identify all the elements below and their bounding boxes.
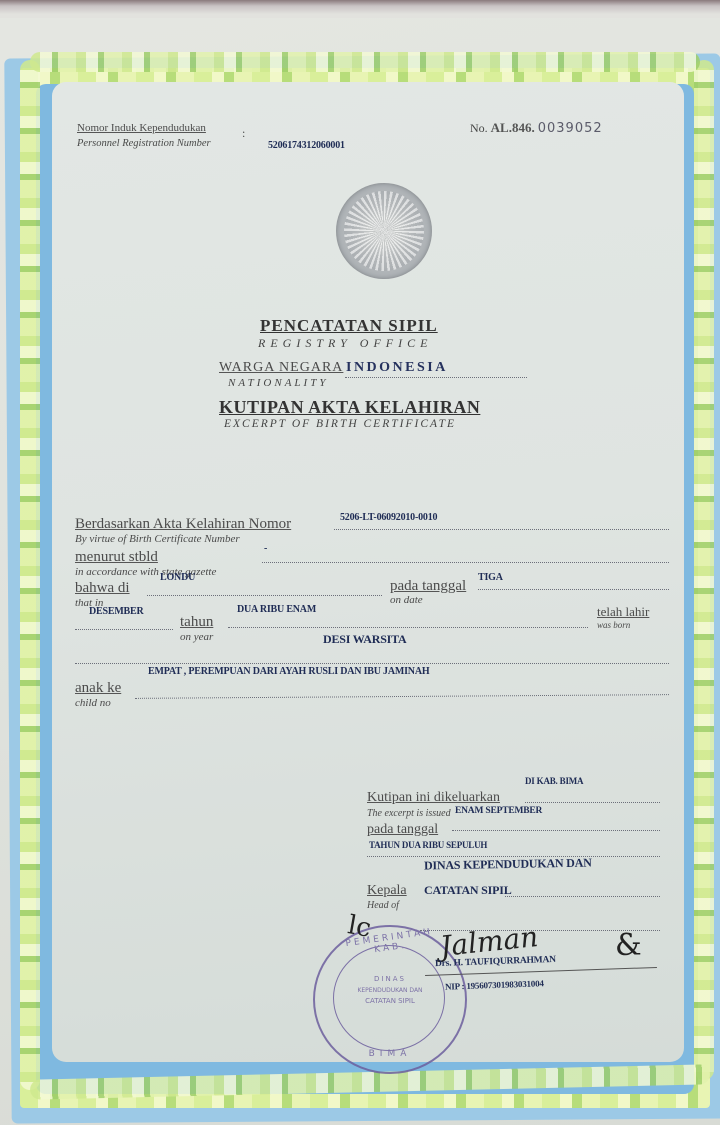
date-day-dots <box>478 589 669 590</box>
certificate-number-dots <box>334 529 669 530</box>
nationality-dots <box>345 377 527 378</box>
issued-place-value: DI KAB. BIMA <box>525 776 583 786</box>
date-day-value: TIGA <box>478 572 503 583</box>
born-label-en: was born <box>597 620 630 630</box>
document-title: KUTIPAN AKTA KELAHIRAN <box>219 397 480 418</box>
head-label: Kepala <box>367 883 407 899</box>
date-label-en: on date <box>390 594 423 606</box>
head-dots <box>505 896 660 897</box>
issued-label: Kutipan ini dikeluarkan <box>367 790 500 806</box>
stamp-inner-line1: DINAS <box>345 975 435 983</box>
place-dots <box>147 595 382 596</box>
born-label: telah lahir <box>597 604 649 620</box>
serial-series: AL.846. <box>491 120 535 135</box>
border-chain-right <box>694 60 714 1080</box>
nationality-label-en: NATIONALITY <box>228 377 328 389</box>
nik-colon: : <box>242 126 245 141</box>
child-name-value: DESI WARSITA <box>323 632 407 647</box>
garuda-emblem-icon <box>336 183 432 279</box>
nip-label: NIP : <box>445 981 465 992</box>
date-month-dots <box>75 629 173 630</box>
document-title-en: EXCERPT OF BIRTH CERTIFICATE <box>224 418 456 430</box>
stbld-label: menurut stbld <box>75 549 158 566</box>
year-dots <box>228 627 588 628</box>
child-order-value: EMPAT , PEREMPUAN DARI AYAH RUSLI DAN IB… <box>148 666 429 677</box>
stamp-inner-line2: KEPENDUDUKAN DAN <box>337 987 443 994</box>
border-chain-top <box>30 52 700 72</box>
date-label: pada tanggal <box>390 578 466 595</box>
head-value-line1: DINAS KEPENDUDUKAN DAN <box>424 856 592 874</box>
serial-prefix: No. <box>470 121 488 135</box>
date-month-value: DESEMBER <box>89 606 144 617</box>
certificate-number-label: Berdasarkan Akta Kelahiran Nomor <box>75 516 291 533</box>
child-label: anak ke <box>75 680 121 697</box>
nationality-label: WARGA NEGARA <box>219 360 343 376</box>
year-label-en: on year <box>180 631 213 643</box>
issue-date-value-line2: TAHUN DUA RIBU SEPULUH <box>369 840 487 850</box>
nik-label-en: Personnel Registration Number <box>77 138 211 149</box>
certificate-number-label-en: By virtue of Birth Certificate Number <box>75 533 240 545</box>
issued-label-en: The excerpt is issued <box>367 808 451 819</box>
issue-date-dots <box>452 830 660 831</box>
place-value: LONDU <box>160 572 195 583</box>
nik-value: 5206174312060001 <box>268 140 345 151</box>
certificate-number-value: 5206-LT-06092010-0010 <box>340 512 437 523</box>
stamp-inner-line3: CATATAN SIPIL <box>337 997 443 1005</box>
child-label-en: child no <box>75 697 111 709</box>
issue-date-label: pada tanggal <box>367 822 438 838</box>
place-label: bahwa di <box>75 580 130 597</box>
stbld-dots <box>262 562 669 563</box>
year-value: DUA RIBU ENAM <box>237 604 316 615</box>
stbld-label-en: in accordance with state gazette <box>75 566 216 578</box>
stbld-value: - <box>264 543 267 554</box>
year-label: tahun <box>180 614 213 631</box>
head-label-en: Head of <box>367 900 399 911</box>
office-title: PENCATATAN SIPIL <box>260 316 438 336</box>
stamp-bottom-text: BIMA <box>345 1049 435 1059</box>
signature-flourish: & <box>615 928 642 963</box>
name-dots <box>75 663 669 664</box>
nik-label: Nomor Induk Kependudukan <box>77 122 206 134</box>
issue-date-value-line1: ENAM SEPTEMBER <box>455 806 542 816</box>
office-title-en: REGISTRY OFFICE <box>258 336 432 351</box>
serial-digits: 0039052 <box>538 121 603 136</box>
issued-place-dots <box>525 802 660 803</box>
border-chain-left <box>20 60 40 1090</box>
serial-number: No. AL.846. 0039052 <box>470 120 603 136</box>
head-value-line2: CATATAN SIPIL <box>424 883 512 898</box>
nationality-value: INDONESIA <box>346 360 448 376</box>
